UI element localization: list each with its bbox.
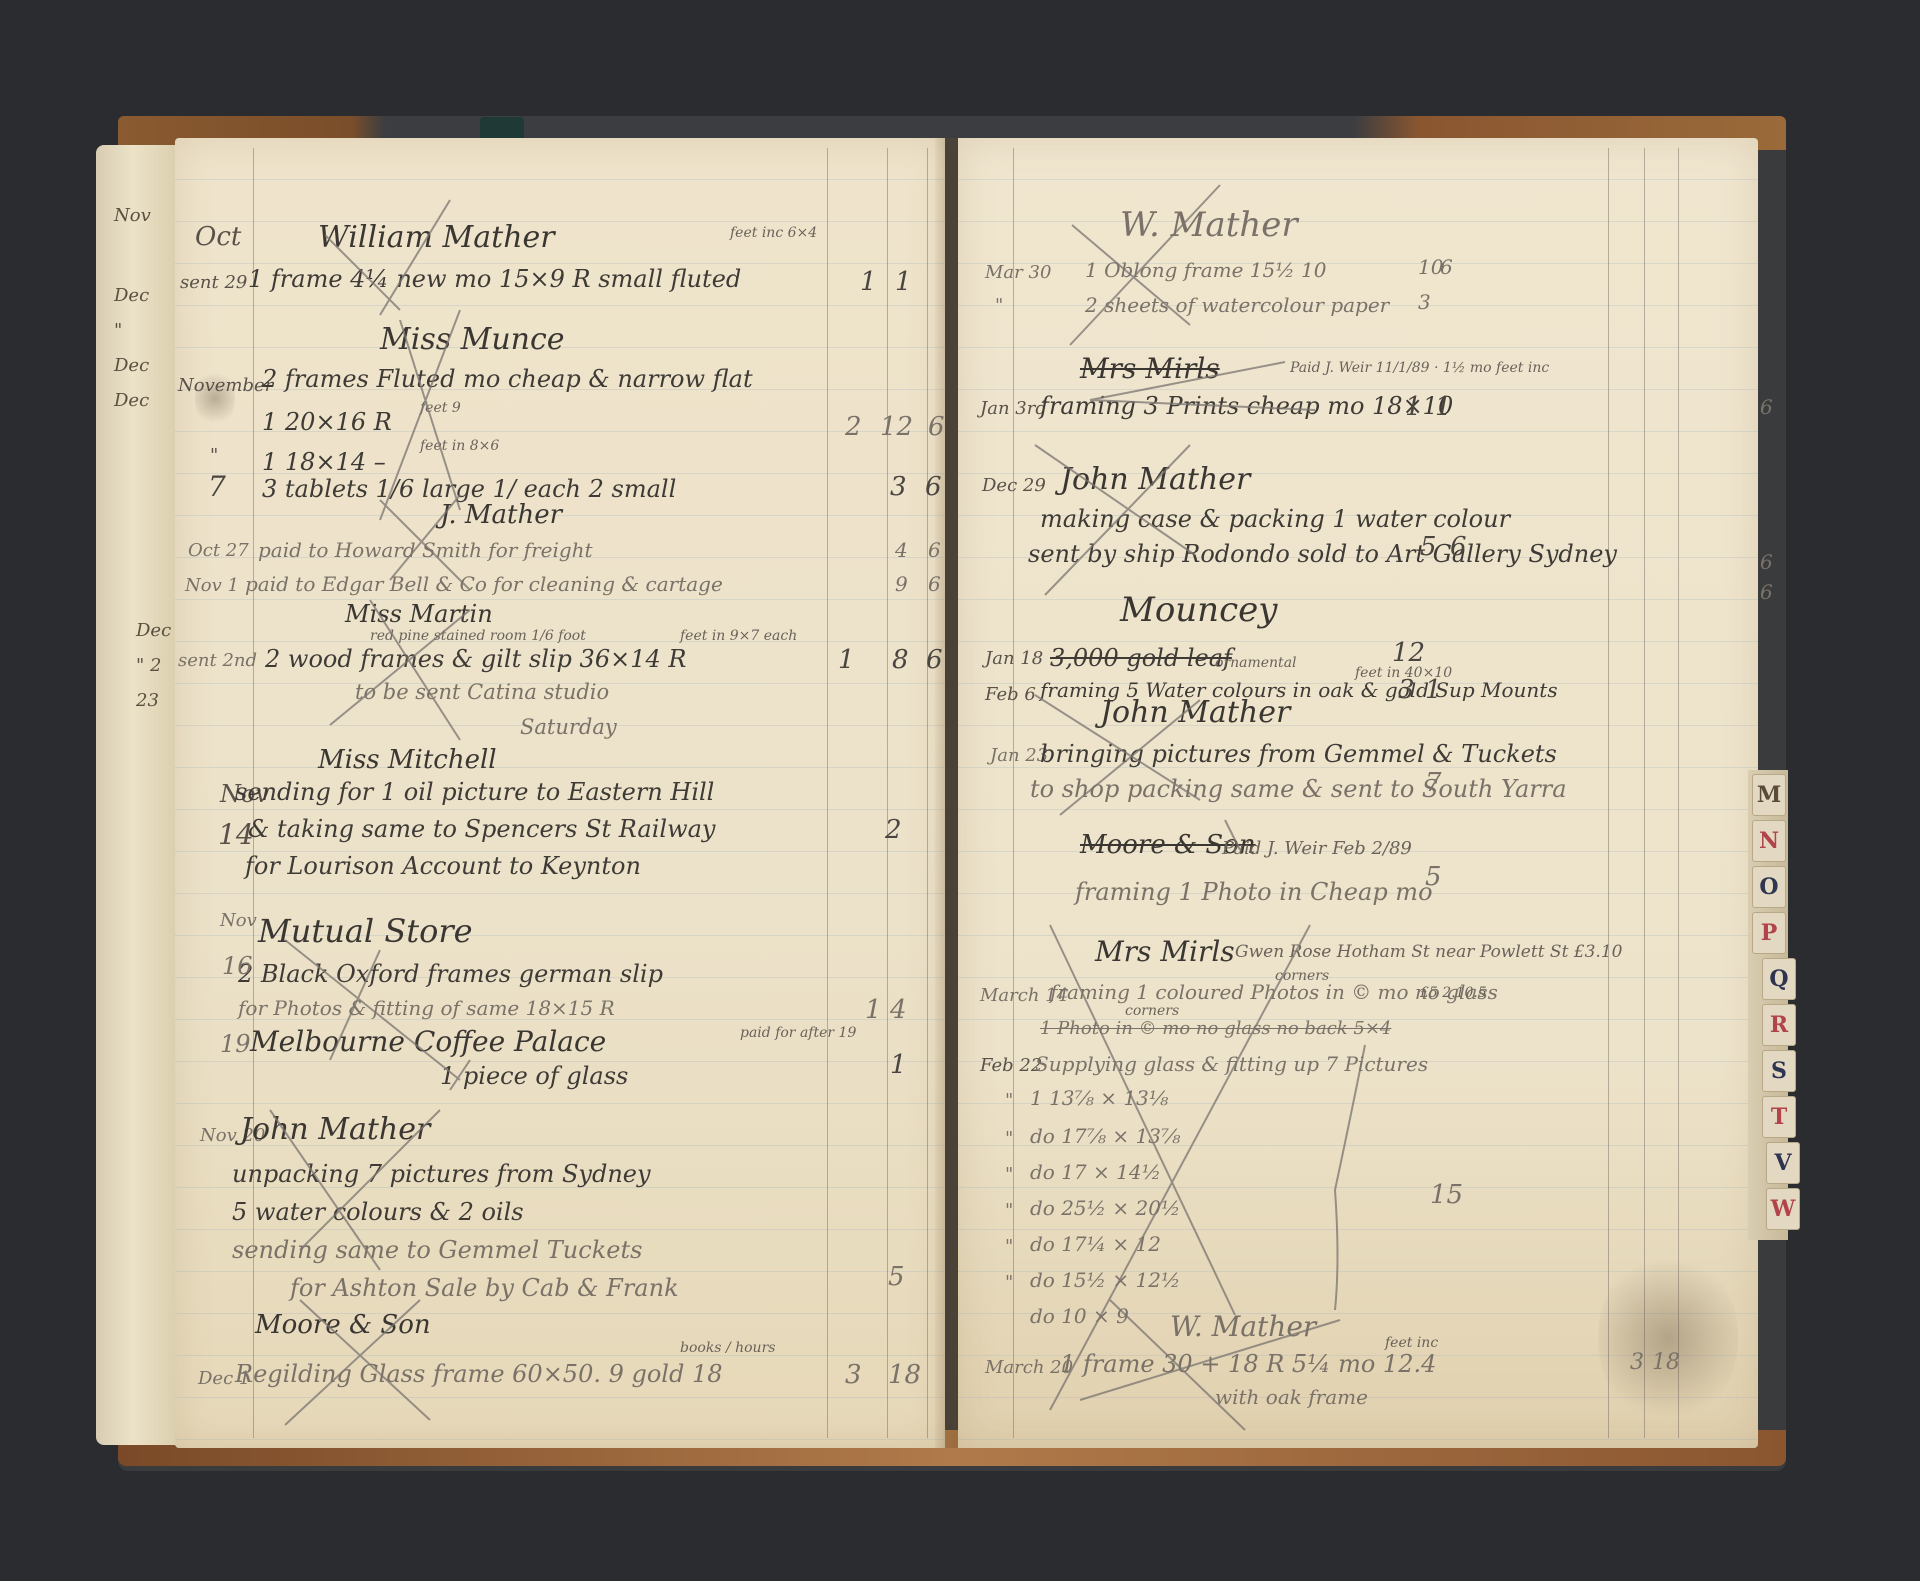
entry-date: Jan 18 (985, 648, 1043, 669)
entry-note: feet inc 6×4 (730, 225, 817, 241)
entry-text: paid to Edgar Bell & Co for cleaning & c… (245, 572, 723, 596)
entry-date: sent 2nd (178, 650, 257, 671)
edge-fragment: Dec (114, 355, 149, 376)
edge-fragment: 23 (136, 690, 159, 711)
entry-date: Oct 27 (188, 540, 249, 561)
entry-text: unpacking 7 pictures from Sydney (232, 1160, 651, 1188)
account-name: Mrs Mirls (1095, 935, 1235, 968)
amount-column-rule (887, 148, 888, 1438)
account-name: Mrs Mirls (1080, 352, 1220, 385)
amount-shillings: 5 (1425, 862, 1442, 892)
account-name: Miss Martin (345, 600, 493, 628)
amount-pounds: 1 (1405, 392, 1422, 422)
entry-date: Mar 30 (985, 262, 1051, 283)
edge-fragment: Dec (114, 390, 149, 411)
entry-date: Dec 29 (982, 475, 1046, 496)
amount-shillings: 18 (888, 1360, 921, 1390)
entry-text: 2 sheets of watercolour paper (1085, 293, 1389, 317)
amount-shillings: 3 (1418, 290, 1431, 314)
entry-note: books / hours (680, 1340, 775, 1356)
index-tab-o[interactable]: O (1752, 866, 1786, 908)
entry-note: feet in 9×7 each (680, 628, 797, 644)
amount-pence: 6 (928, 572, 941, 596)
entry-text: 1 Photo in © mo no glass no back 5×4 (1040, 1018, 1391, 1039)
entry-text: 1 frame 4¼ new mo 15×9 R small fluted (248, 265, 741, 293)
entry-superscript: ornamental (1215, 655, 1297, 671)
amount-pence: 6 (925, 472, 942, 502)
amount-shillings: 18 (1652, 1350, 1680, 1375)
entry-text: do 17⅞ × 13⅞ (1030, 1124, 1180, 1148)
entry-text: paid to Howard Smith for freight (258, 538, 593, 562)
entry-text: 1 piece of glass (440, 1062, 628, 1090)
entry-text: for Lourison Account to Keynton (245, 852, 641, 880)
entry-text: 1 18×14 – (262, 448, 386, 476)
entry-text: sending for 1 oil picture to Eastern Hil… (235, 778, 714, 806)
amount-pounds: 3 (1398, 675, 1415, 705)
account-name: Moore & Son (255, 1310, 431, 1340)
entry-text: & taking same to Spencers St Railway (248, 815, 715, 843)
entry-date: 7 (208, 470, 226, 503)
entry-text: framing 1 Photo in Cheap mo (1075, 878, 1433, 906)
entry-text: for Ashton Sale by Cab & Frank (290, 1274, 679, 1302)
entry-date: Nov (220, 910, 257, 931)
account-name: Mutual Store (258, 912, 473, 950)
margin-fragment: 6 (1760, 395, 1773, 419)
entry-note: feet inc (1385, 1335, 1438, 1351)
account-name: John Mather (240, 1112, 430, 1147)
entry-date: Feb 22 (980, 1055, 1042, 1076)
amount-shillings: 15 (1430, 1180, 1463, 1210)
amount-pence: 6 (926, 645, 943, 675)
entry-note: feet 9 (420, 400, 461, 416)
account-name: John Mather (1100, 695, 1290, 730)
entry-text: sent by ship Rodondo sold to Art Gallery… (1028, 540, 1617, 568)
entry-date: " (1005, 1164, 1013, 1185)
index-tab-n[interactable]: N (1752, 820, 1786, 862)
entry-text: to be sent Catina studio (355, 680, 609, 704)
amount-shillings: 1 (865, 995, 882, 1025)
entry-text: making case & packing 1 water colour (1040, 505, 1510, 533)
amount-pence: 6 (1440, 255, 1453, 279)
index-tab-s[interactable]: S (1762, 1050, 1796, 1092)
entry-date: Feb 6 (985, 684, 1036, 705)
entry-text: 1 13⅞ × 13⅛ (1030, 1086, 1168, 1110)
index-tab-m[interactable]: M (1752, 774, 1786, 816)
index-tab-q[interactable]: Q (1762, 958, 1796, 1000)
amount-shillings: 1 (1435, 392, 1452, 422)
amount-shillings: 5 (888, 1262, 905, 1292)
entry-date: " (1005, 1236, 1013, 1257)
entry-note: £5 2.10.5 (1420, 985, 1487, 1001)
edge-fragment: Dec (136, 620, 171, 641)
paper-stain (1598, 1248, 1738, 1428)
index-tab-t[interactable]: T (1762, 1096, 1796, 1138)
entry-date: " (1005, 1128, 1013, 1149)
account-name: J. Mather (440, 500, 562, 530)
amount-column-rule (1608, 148, 1609, 1438)
entry-text: bringing pictures from Gemmel & Tuckets (1040, 740, 1557, 768)
margin-fragment: 6 (1760, 580, 1773, 604)
edge-fragment: Dec (114, 285, 149, 306)
entry-date: " (995, 295, 1003, 316)
account-name: John Mather (1060, 462, 1250, 497)
edge-fragment: " 2 (136, 655, 161, 676)
account-note: Paid J. Weir Feb 2/89 (1222, 838, 1412, 859)
entry-text: 2 frames Fluted mo cheap & narrow flat (262, 365, 753, 393)
entry-text: Saturday (520, 715, 617, 739)
entry-text: do 25½ × 20½ (1030, 1196, 1180, 1220)
entry-note: feet in 8×6 (420, 438, 499, 454)
amount-pence: 6 (1450, 532, 1467, 562)
entry-text: 2 wood frames & gilt slip 36×14 R (265, 645, 686, 673)
edge-fragment: Nov (114, 205, 151, 226)
amount-shillings: 5 (1420, 532, 1437, 562)
amount-pounds: 2 (845, 412, 862, 442)
entry-note: Paid J. Weir 11/1/89 · 1½ mo feet inc (1290, 360, 1549, 376)
amount-pounds: 1 (838, 645, 855, 675)
amount-column-rule (827, 148, 828, 1438)
amount-shillings: 1 (1425, 675, 1442, 705)
entry-superscript: corners (1125, 1003, 1179, 1019)
amount-shillings: 12 (880, 412, 913, 442)
entry-text: 3,000 gold leaf (1050, 644, 1232, 672)
account-name: W. Mather (1170, 1310, 1316, 1343)
amount-pence: 1 (890, 1050, 907, 1080)
entry-text: for Photos & fitting of same 18×15 R (238, 996, 615, 1020)
entry-text: Regilding Glass frame 60×50. 9 gold 18 (235, 1360, 723, 1388)
amount-shillings: 7 (1425, 768, 1442, 798)
amount-pounds: 3 (1630, 1350, 1644, 1375)
margin-fragment: 6 (1760, 550, 1773, 574)
account-name: Mouncey (1120, 590, 1277, 630)
account-name: W. Mather (1120, 205, 1298, 245)
entry-date: Jan 3rd (980, 398, 1047, 419)
entry-text: 3 tablets 1/6 large 1/ each 2 small (262, 475, 676, 503)
amount-shillings: 4 (895, 538, 908, 562)
entry-text: 2 Black Oxford frames german slip (238, 960, 663, 988)
edge-fragment: " (114, 320, 122, 341)
entry-text: do 10 × 9 (1030, 1304, 1129, 1328)
entry-text: to shop packing same & sent to South Yar… (1030, 775, 1567, 803)
entry-date: " (1005, 1272, 1013, 1293)
entry-date: November (178, 375, 273, 396)
alphabet-index-tabs: M N O P Q R S T V W (1748, 770, 1788, 1240)
entry-date: " (1005, 1200, 1013, 1221)
entry-date: 19 (220, 1030, 251, 1058)
amount-pence: 6 (928, 412, 945, 442)
entry-text: 1 Oblong frame 15½ 10 (1085, 258, 1326, 282)
amount-shillings: 9 (895, 572, 908, 596)
index-tab-r[interactable]: R (1762, 1004, 1796, 1046)
amount-shillings: 12 (1392, 638, 1425, 668)
entry-text: 1 frame 30 + 18 R 5¼ mo 12.4 (1060, 1350, 1436, 1378)
entry-note: paid for after 19 (740, 1025, 856, 1041)
entry-text: do 15½ × 12½ (1030, 1268, 1180, 1292)
account-name: Miss Munce (380, 322, 565, 357)
entry-text: do 17 × 14½ (1030, 1160, 1161, 1184)
entry-text: 5 water colours & 2 oils (232, 1198, 524, 1226)
entry-date: sent 29 (180, 272, 247, 293)
amount-column-rule (927, 148, 928, 1438)
index-tab-p[interactable]: P (1752, 912, 1786, 954)
account-name: Melbourne Coffee Palace (250, 1025, 606, 1058)
amount-pence: 1 (895, 267, 912, 297)
month-heading: Oct (195, 222, 241, 252)
entry-date: " (210, 445, 218, 466)
entry-text: do 17¼ × 12 (1030, 1232, 1161, 1256)
entry-text: with oak frame (1215, 1385, 1368, 1409)
account-note: Gwen Rose Hotham St near Powlett St £3.1… (1235, 942, 1622, 962)
amount-pence: 6 (928, 538, 941, 562)
account-name: William Mather (318, 220, 555, 255)
index-tab-v[interactable]: V (1766, 1142, 1800, 1184)
index-tab-w[interactable]: W (1766, 1188, 1800, 1230)
amount-column-rule (1678, 148, 1679, 1438)
entry-date: 16 (222, 952, 253, 980)
entry-text: sending same to Gemmel Tuckets (232, 1236, 642, 1264)
account-name: Miss Mitchell (318, 745, 497, 775)
entry-date: " (1005, 1090, 1013, 1111)
amount-shillings: 3 (890, 472, 907, 502)
entry-date: Nov 1 (185, 575, 239, 596)
amount-shillings: 2 (885, 815, 902, 845)
amount-shillings: 1 (860, 267, 877, 297)
amount-shillings: 8 (892, 645, 909, 675)
amount-pounds: 3 (845, 1360, 862, 1390)
entry-text: 1 20×16 R (262, 408, 392, 436)
entry-text: framing 3 Prints cheap mo 18×10 (1040, 392, 1453, 420)
amount-pence: 4 (890, 995, 907, 1025)
entry-superscript: red pine stained room 1/6 foot (370, 628, 586, 644)
entry-text: Supplying glass & fitting up 7 Pictures (1035, 1052, 1428, 1076)
amount-column-rule (1644, 148, 1645, 1438)
